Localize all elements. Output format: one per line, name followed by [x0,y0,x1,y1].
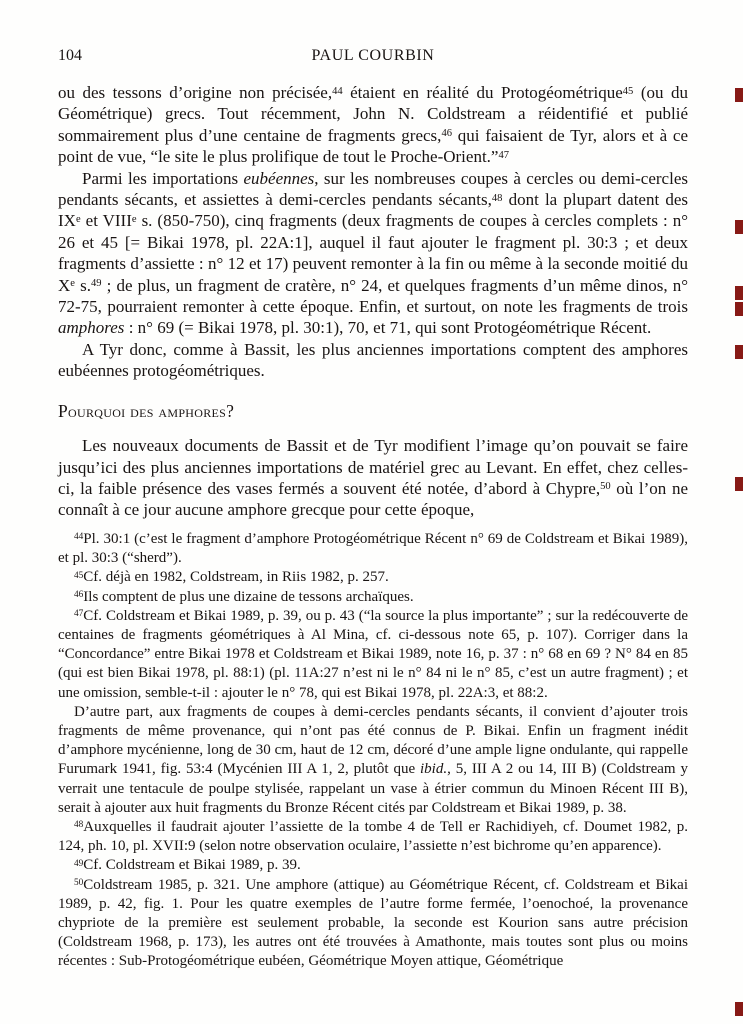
superscript-reference: 49 [91,278,102,289]
page-header: 104 PAUL COURBIN [58,47,688,65]
footnote-46: 46Ils comptent de plus une dizaine de te… [58,588,688,607]
superscript-reference: 48 [74,820,83,830]
running-head: PAUL COURBIN [312,47,435,64]
superscript-reference: 44 [74,532,83,542]
footnote-47-continued: D’autre part, aux fragments de coupes à … [58,703,688,818]
superscript-reference: 45 [623,86,634,97]
superscript-reference: e [76,214,81,225]
footnote-47: 47Cf. Coldstream et Bikai 1989, p. 39, o… [58,607,688,703]
body-text: ou des tessons d’origine non précisée,44… [58,82,688,521]
body-paragraph: Les nouveaux documents de Bassit et de T… [58,435,688,521]
edge-mark-artifact [735,302,743,316]
section-heading: Pourquoi des amphores? [58,401,688,422]
superscript-reference: 44 [332,86,343,97]
body-paragraph: A Tyr donc, comme à Bassit, les plus anc… [58,339,688,382]
footnote-50: 50Coldstream 1985, p. 321. Une amphore (… [58,876,688,972]
edge-mark-artifact [735,1002,743,1016]
footnote-45: 45Cf. déjà en 1982, Coldstream, in Riis … [58,568,688,587]
edge-mark-artifact [735,345,743,359]
superscript-reference: e [132,214,137,225]
superscript-reference: 47 [74,609,83,619]
footnote-48: 48Auxquelles il faudrait ajouter l’assie… [58,818,688,856]
superscript-reference: 50 [600,481,611,492]
superscript-reference: 46 [74,590,83,600]
superscript-reference: 50 [74,878,83,888]
edge-mark-artifact [735,88,743,102]
document-page: 104 PAUL COURBIN ou des tessons d’origin… [0,0,743,1024]
superscript-reference: 46 [441,128,452,139]
footnote-49: 49Cf. Coldstream et Bikai 1989, p. 39. [58,856,688,875]
body-paragraph: ou des tessons d’origine non précisée,44… [58,82,688,168]
body-paragraph: Parmi les importations eubéennes, sur le… [58,168,688,339]
superscript-reference: e [70,278,75,289]
page-number: 104 [58,47,82,65]
superscript-reference: 47 [498,150,509,161]
superscript-reference: 45 [74,571,83,581]
footnotes-block: 44Pl. 30:1 (c’est le fragment d’amphore … [58,530,688,972]
superscript-reference: 49 [74,859,83,869]
edge-mark-artifact [735,286,743,300]
edge-mark-artifact [735,477,743,491]
edge-mark-artifact [735,220,743,234]
superscript-reference: 48 [492,193,503,204]
footnote-44: 44Pl. 30:1 (c’est le fragment d’amphore … [58,530,688,568]
